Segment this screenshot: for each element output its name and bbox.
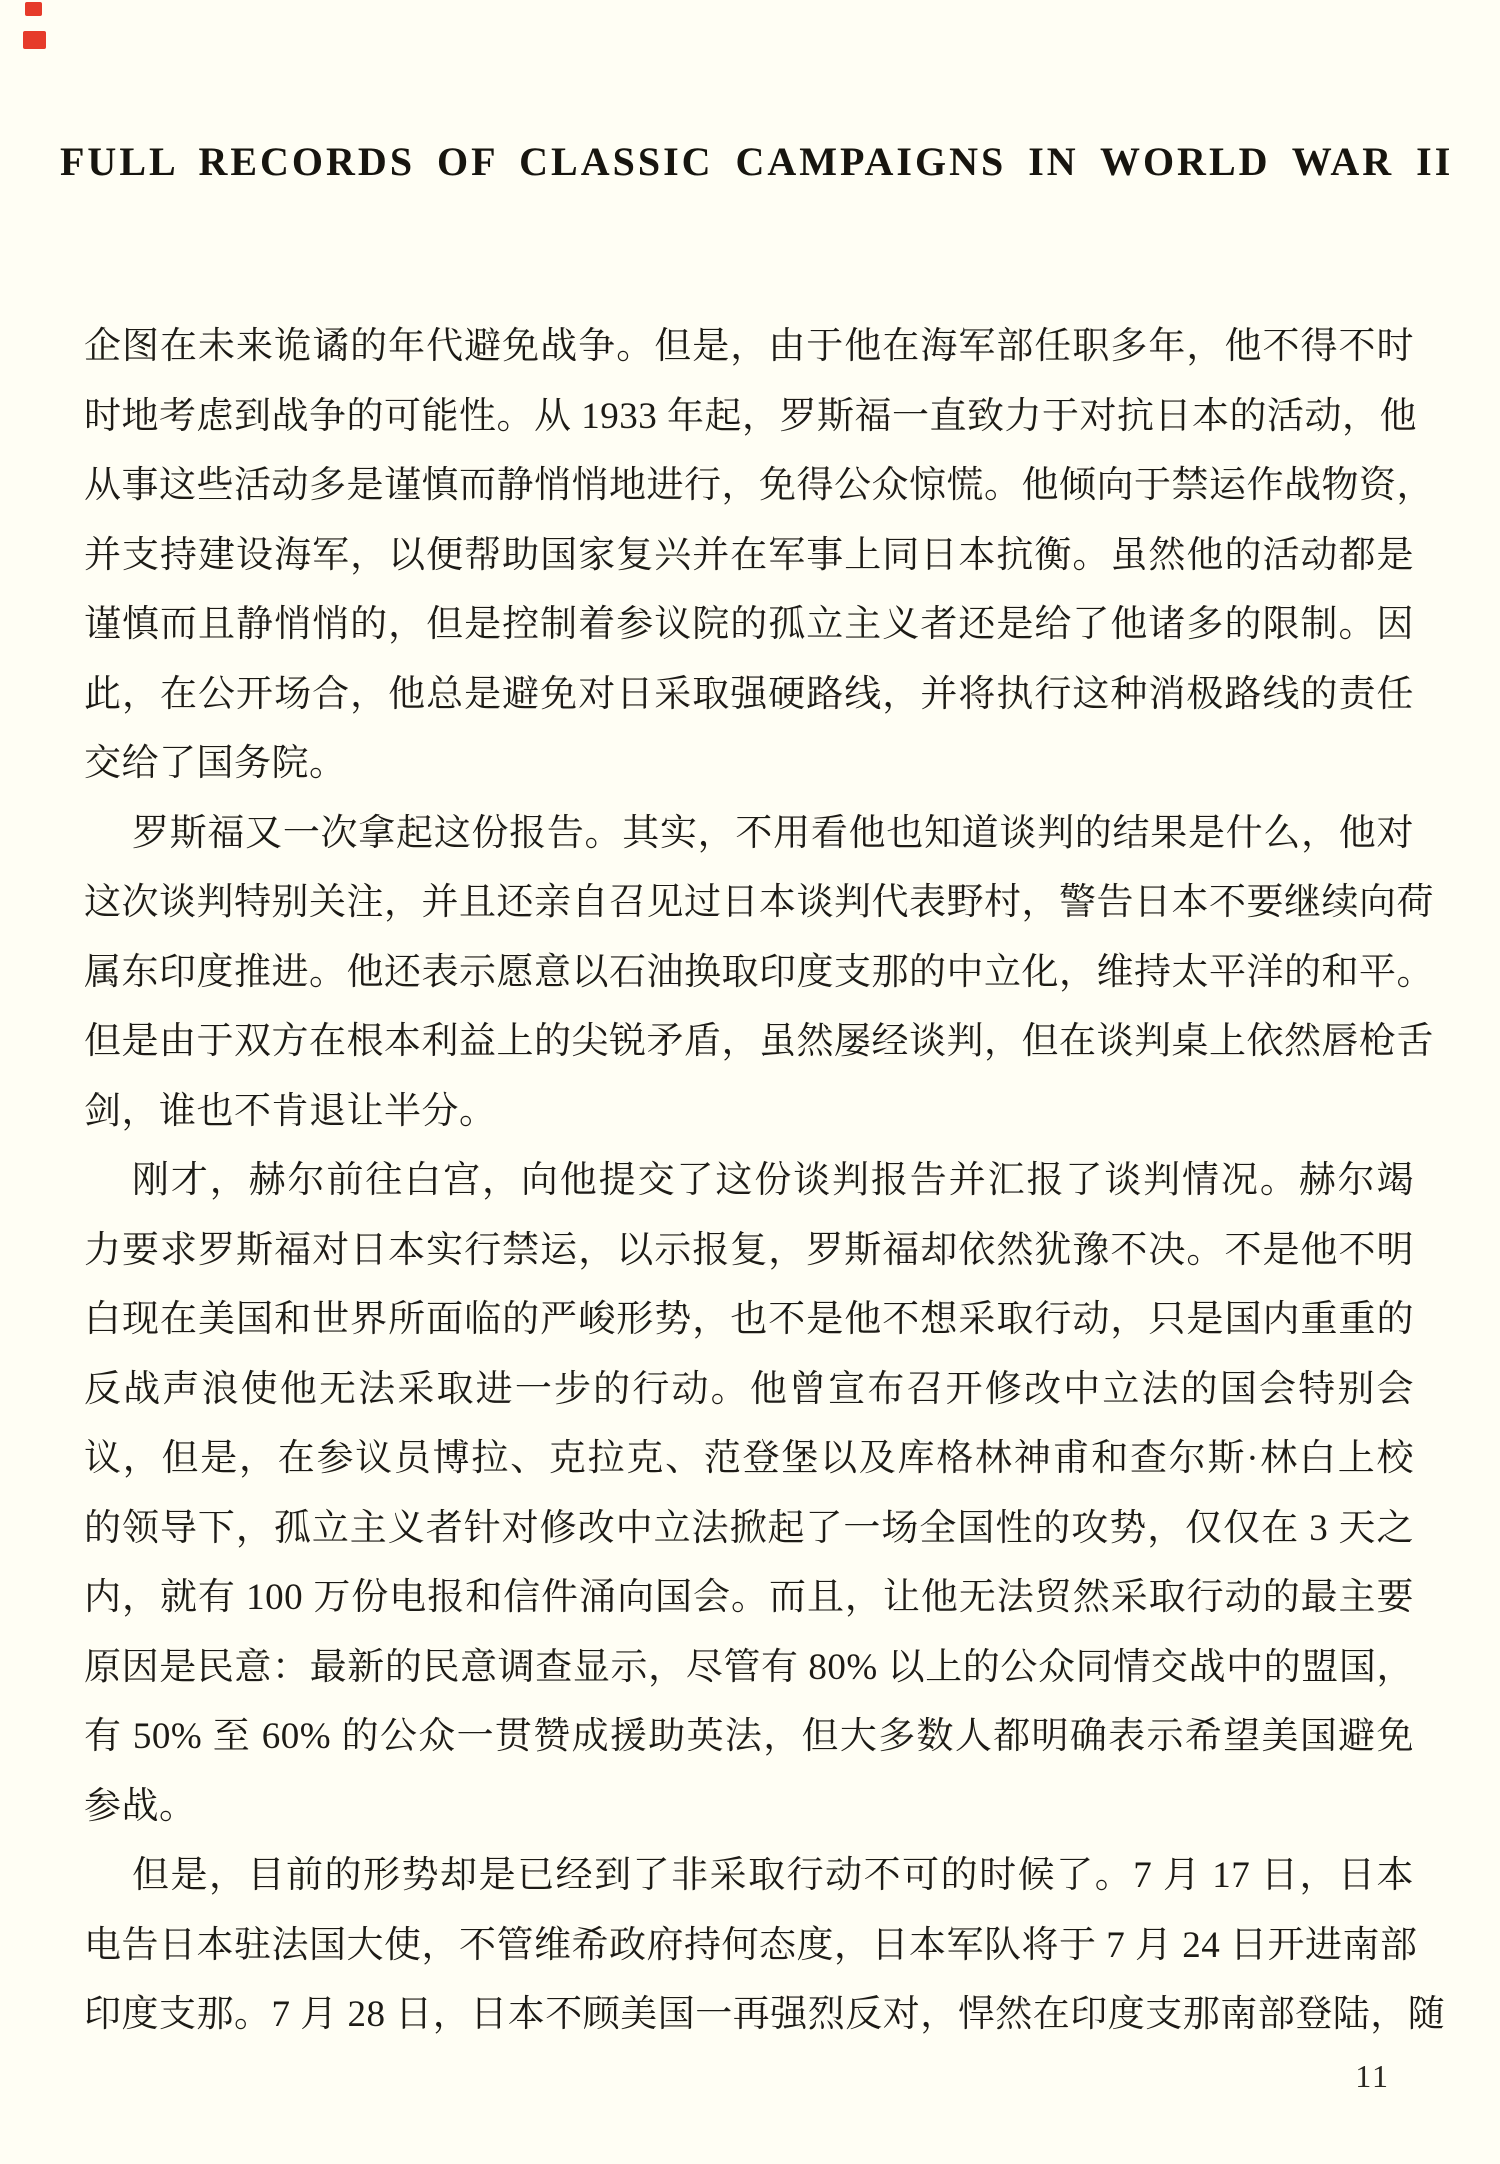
text-line: 有 50% 至 60% 的公众一贯赞成援助英法，但大多数人都明确表示希望美国避免 [84, 1702, 1414, 1772]
page-number: 11 [1355, 2058, 1390, 2095]
text-line: 反战声浪使他无法采取进一步的行动。他曾宣布召开修改中立法的国会特别会 [84, 1355, 1414, 1425]
text-line: 谨慎而且静悄悄的，但是控制着参议院的孤立主义者还是给了他诸多的限制。因 [84, 590, 1414, 660]
text-line: 力要求罗斯福对日本实行禁运，以示报复，罗斯福却依然犹豫不决。不是他不明 [84, 1216, 1414, 1286]
paragraph: 企图在未来诡谲的年代避免战争。但是，由于他在海军部任职多年，他不得不时 时地考虑… [84, 312, 1414, 799]
text-line: 刚才，赫尔前往白宫，向他提交了这份谈判报告并汇报了谈判情况。赫尔竭 [84, 1146, 1414, 1216]
text-line: 交给了国务院。 [84, 729, 1414, 799]
text-line: 从事这些活动多是谨慎而静悄悄地进行，免得公众惊慌。他倾向于禁运作战物资， [84, 451, 1414, 521]
text-line: 并支持建设海军，以便帮助国家复兴并在军事上同日本抗衡。虽然他的活动都是 [84, 521, 1414, 591]
running-header-title: FULL RECORDS OF CLASSIC CAMPAIGNS IN WOR… [60, 138, 1440, 185]
text-line: 时地考虑到战争的可能性。从 1933 年起，罗斯福一直致力于对抗日本的活动，他 [84, 382, 1414, 452]
text-line: 但是由于双方在根本利益上的尖锐矛盾，虽然屡经谈判，但在谈判桌上依然唇枪舌 [84, 1007, 1414, 1077]
text-line: 属东印度推进。他还表示愿意以石油换取印度支那的中立化，维持太平洋的和平。 [84, 938, 1414, 1008]
paragraph: 但是，目前的形势却是已经到了非采取行动不可的时候了。7 月 17 日，日本 电告… [84, 1841, 1414, 2050]
book-page: FULL RECORDS OF CLASSIC CAMPAIGNS IN WOR… [0, 0, 1500, 2164]
text-line: 原因是民意：最新的民意调查显示，尽管有 80% 以上的公众同情交战中的盟国， [84, 1633, 1414, 1703]
text-line: 罗斯福又一次拿起这份报告。其实，不用看他也知道谈判的结果是什么，他对 [84, 799, 1414, 869]
text-line: 参战。 [84, 1772, 1414, 1842]
text-line: 但是，目前的形势却是已经到了非采取行动不可的时候了。7 月 17 日，日本 [84, 1841, 1414, 1911]
text-line: 企图在未来诡谲的年代避免战争。但是，由于他在海军部任职多年，他不得不时 [84, 312, 1414, 382]
red-scan-artifact-mark [25, 2, 42, 16]
body-text: 企图在未来诡谲的年代避免战争。但是，由于他在海军部任职多年，他不得不时 时地考虑… [84, 312, 1414, 2050]
text-line: 这次谈判特别关注，并且还亲自召见过日本谈判代表野村，警告日本不要继续向荷 [84, 868, 1414, 938]
red-scan-artifact-mark [23, 31, 46, 49]
text-line: 白现在美国和世界所面临的严峻形势，也不是他不想采取行动，只是国内重重的 [84, 1285, 1414, 1355]
paragraph: 罗斯福又一次拿起这份报告。其实，不用看他也知道谈判的结果是什么，他对 这次谈判特… [84, 799, 1414, 1147]
text-line: 的领导下，孤立主义者针对修改中立法掀起了一场全国性的攻势，仅仅在 3 天之 [84, 1494, 1414, 1564]
text-line: 此，在公开场合，他总是避免对日采取强硬路线，并将执行这种消极路线的责任 [84, 660, 1414, 730]
text-line: 印度支那。7 月 28 日，日本不顾美国一再强烈反对，悍然在印度支那南部登陆，随 [84, 1980, 1414, 2050]
paragraph: 刚才，赫尔前往白宫，向他提交了这份谈判报告并汇报了谈判情况。赫尔竭 力要求罗斯福… [84, 1146, 1414, 1841]
text-line: 内，就有 100 万份电报和信件涌向国会。而且，让他无法贸然采取行动的最主要 [84, 1563, 1414, 1633]
text-line: 剑，谁也不肯退让半分。 [84, 1077, 1414, 1147]
text-line: 电告日本驻法国大使，不管维希政府持何态度，日本军队将于 7 月 24 日开进南部 [84, 1911, 1414, 1981]
text-line: 议，但是，在参议员博拉、克拉克、范登堡以及库格林神甫和查尔斯·林白上校 [84, 1424, 1414, 1494]
